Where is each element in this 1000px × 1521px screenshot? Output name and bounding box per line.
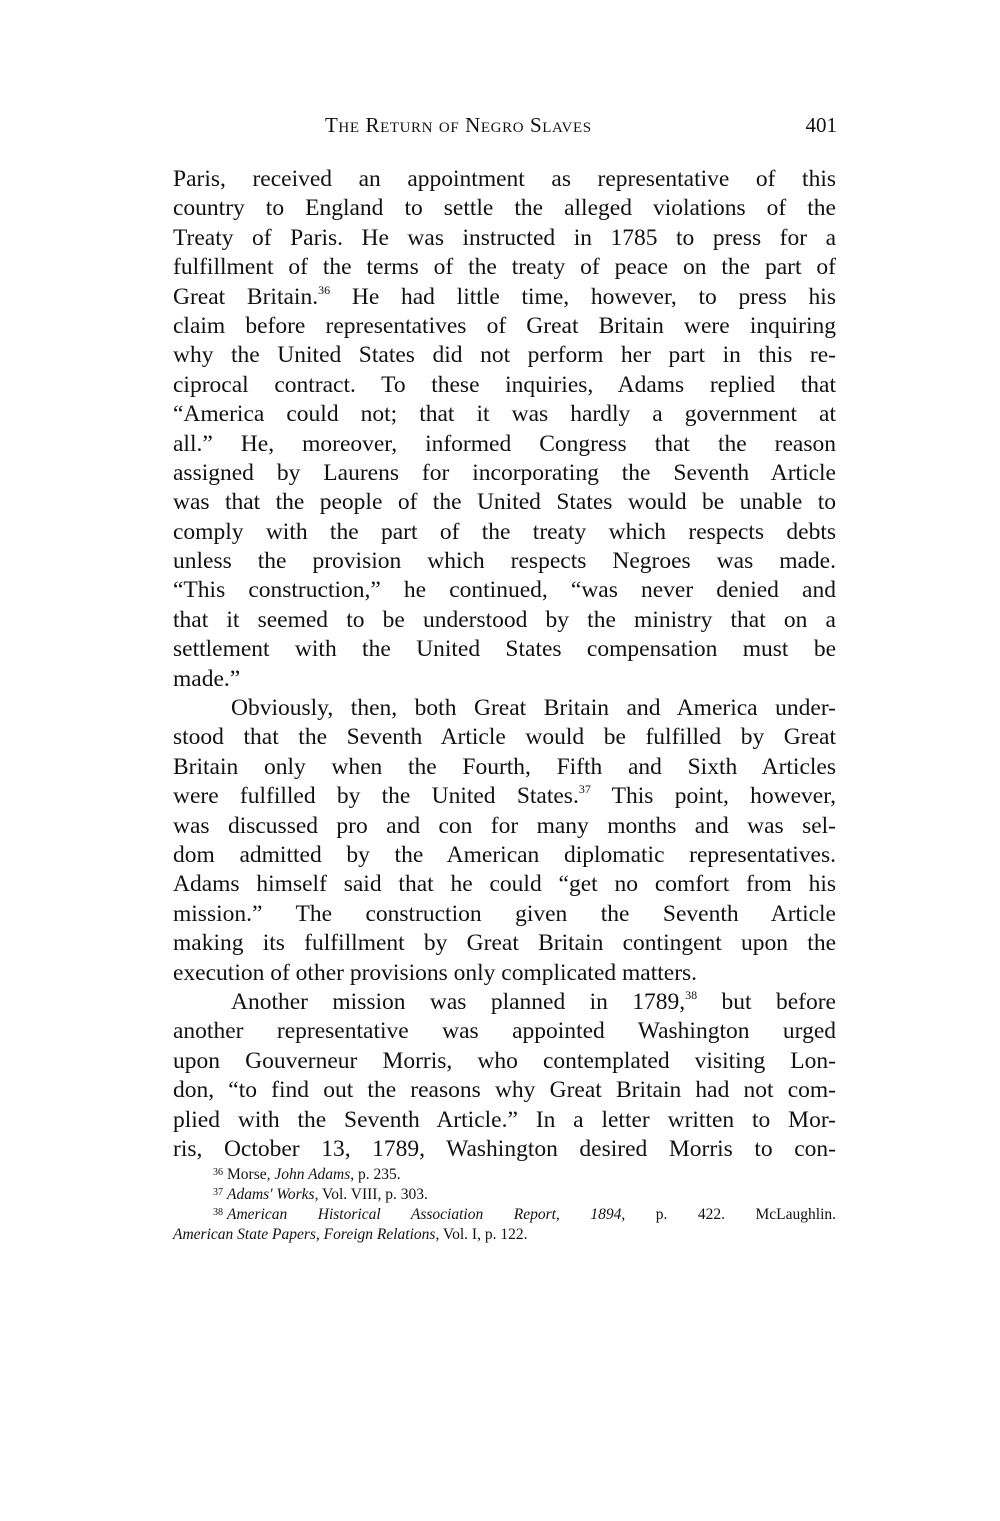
text-line: stood that the Seventh Article would be …: [173, 723, 836, 752]
paragraph-start: Obviously, then, both Great Britain and …: [173, 694, 836, 723]
text-segment: were fulfilled by the United States.: [173, 783, 579, 809]
footnote-title: American State Papers, Foreign Relations: [173, 1226, 435, 1243]
footnote-ref-38[interactable]: 38: [685, 988, 697, 1002]
footnote-number: 37: [213, 1187, 223, 1198]
text-line: Treaty of Paris. He was instructed in 17…: [173, 224, 836, 253]
text-line: assigned by Laurens for incorporating th…: [173, 459, 836, 488]
text-line: all.” He, moreover, informed Congress th…: [173, 430, 836, 459]
text-segment: but before: [697, 989, 836, 1015]
text-line: don, “to find out the reasons why Great …: [173, 1076, 836, 1105]
text-segment: Great Britain.: [173, 284, 318, 310]
text-line: mission.” The construction given the Sev…: [173, 900, 836, 929]
footnote-text: , Vol. I, p. 122.: [435, 1226, 527, 1243]
footnote-title: American Historical Association Report, …: [227, 1206, 621, 1223]
text-line: making its fulfillment by Great Britain …: [173, 929, 836, 958]
text-line: why the United States did not perform he…: [173, 341, 836, 370]
text-line: Paris, received an appointment as repres…: [173, 165, 836, 194]
text-line: made.”: [173, 665, 836, 694]
footnote-text: Morse,: [227, 1166, 274, 1183]
text-line: unless the provision which respects Negr…: [173, 547, 836, 576]
text-line: another representative was appointed Was…: [173, 1017, 836, 1046]
text-line: plied with the Seventh Article.” In a le…: [173, 1106, 836, 1135]
text-line: comply with the part of the treaty which…: [173, 518, 836, 547]
paragraph-start: Another mission was planned in 1789,38 b…: [173, 988, 836, 1017]
footnote-text: , p. 422. McLaughlin.: [621, 1206, 836, 1223]
footnotes: 36Morse, John Adams, p. 235. 37Adams' Wo…: [173, 1165, 836, 1245]
text-line: country to England to settle the alleged…: [173, 194, 836, 223]
text-segment: He had little time, however, to press hi…: [330, 284, 836, 310]
text-line: ciprocal contract. To these inquiries, A…: [173, 371, 836, 400]
footnote-ref-37[interactable]: 37: [579, 782, 591, 796]
footnote-36: 36Morse, John Adams, p. 235.: [173, 1165, 836, 1185]
text-line: execution of other provisions only compl…: [173, 959, 836, 988]
footnote-37: 37Adams' Works, Vol. VIII, p. 303.: [173, 1185, 836, 1205]
body-text: Paris, received an appointment as repres…: [173, 165, 836, 1164]
text-line: that it seemed to be understood by the m…: [173, 606, 836, 635]
footnote-38-continued: American State Papers, Foreign Relations…: [173, 1225, 836, 1245]
page-number: 401: [806, 113, 838, 138]
text-line: dom admitted by the American diplomatic …: [173, 841, 836, 870]
text-line: were fulfilled by the United States.37 T…: [173, 782, 836, 811]
footnote-text: , p. 235.: [350, 1166, 400, 1183]
text-segment: This point, however,: [591, 783, 836, 809]
text-line: Britain only when the Fourth, Fifth and …: [173, 753, 836, 782]
text-line: ris, October 13, 1789, Washington desire…: [173, 1135, 836, 1164]
text-segment: Another mission was planned in 1789,: [231, 989, 685, 1015]
footnote-38: 38American Historical Association Report…: [173, 1205, 836, 1225]
footnote-title: Adams' Works: [227, 1186, 315, 1203]
page-header: The Return of Negro Slaves 401: [325, 113, 837, 143]
text-line: “America could not; that it was hardly a…: [173, 400, 836, 429]
footnote-text: , Vol. VIII, p. 303.: [315, 1186, 428, 1203]
footnote-number: 36: [213, 1167, 223, 1178]
footnote-title: John Adams: [274, 1166, 350, 1183]
text-line: Great Britain.36 He had little time, how…: [173, 283, 836, 312]
text-line: was discussed pro and con for many month…: [173, 812, 836, 841]
text-line: was that the people of the United States…: [173, 488, 836, 517]
text-line: upon Gouverneur Morris, who contemplated…: [173, 1047, 836, 1076]
text-line: settlement with the United States compen…: [173, 635, 836, 664]
text-line: claim before representatives of Great Br…: [173, 312, 836, 341]
text-line: “This construction,” he continued, “was …: [173, 576, 836, 605]
document-page: The Return of Negro Slaves 401 Paris, re…: [0, 0, 1000, 1521]
running-title: The Return of Negro Slaves: [325, 113, 592, 138]
text-line: Adams himself said that he could “get no…: [173, 870, 836, 899]
text-line: fulfillment of the terms of the treaty o…: [173, 253, 836, 282]
footnote-ref-36[interactable]: 36: [318, 283, 330, 297]
footnote-number: 38: [213, 1207, 223, 1218]
